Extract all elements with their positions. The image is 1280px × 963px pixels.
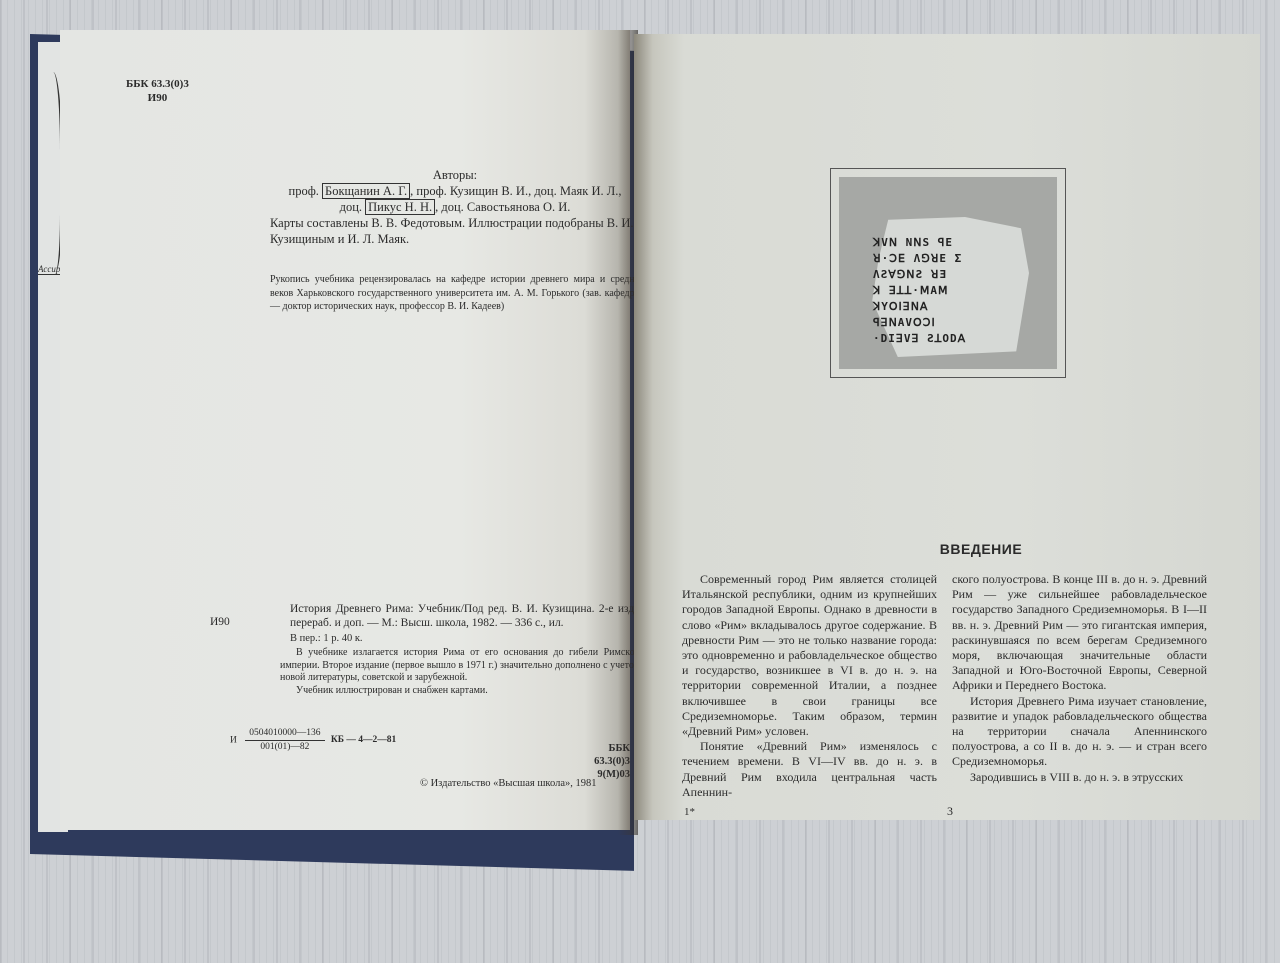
glyph-line: ꓘ ꓱꓕꓕ·ꓟAꓟ (873, 283, 1023, 299)
title-doc: доц. (340, 200, 362, 214)
price: В пер.: 1 р. 40 к. (290, 633, 363, 644)
paragraph: Понятие «Древний Рим» изменялось с течен… (682, 739, 937, 800)
left-page-imprint: ББК 63.3(0)3 И90 Авторы: проф. Бокщанин … (60, 30, 630, 830)
author-boxed-2: Пикус Н. Н. (365, 199, 435, 215)
authors-line-2: доц. Пикус Н. Н., доц. Савостьянова О. И… (270, 199, 640, 215)
right-page-introduction: ꓘVꓠ NꓠS ꟼE ꓤ·ꓛꓰ ΛꓨꓤE Ʃ ΛƧꓯꓨꓠƧ ꓤƎ ꓘ ꓱꓕꓕ·ꓟ… (634, 34, 1260, 820)
glyph-line: ꓘYꓳꓲꓱꓠꓮ (873, 299, 1023, 315)
authors-line-2-rest: , доц. Савостьянова О. И. (435, 200, 570, 214)
kb-code: КБ — 4—2—81 (331, 734, 396, 747)
catalog-code: И90 (210, 616, 230, 628)
index-fraction: 0504010000—136 001(01)—82 (245, 727, 324, 754)
bbk-classification: ББК 63.3(0)3 И90 (126, 77, 189, 105)
index-numerator: 0504010000—136 (245, 727, 324, 741)
bibliographic-entry: История Древнего Рима: Учебник/Под ред. … (290, 602, 640, 630)
inscription-photo: ꓘVꓠ NꓠS ꟼE ꓤ·ꓛꓰ ΛꓨꓤE Ʃ ΛƧꓯꓨꓠƧ ꓤƎ ꓘ ꓱꓕꓕ·ꓟ… (839, 177, 1057, 369)
maps-credit: Карты составлены В. В. Федотовым. Иллюст… (270, 215, 640, 247)
index-prefix: И (230, 736, 237, 746)
inscription-glyphs: ꓘVꓠ NꓠS ꟼE ꓤ·ꓛꓰ ΛꓨꓤE Ʃ ΛƧꓯꓨꓠƧ ꓤƎ ꓘ ꓱꓕꓕ·ꓟ… (873, 235, 1023, 347)
authors-block: Авторы: проф. Бокщанин А. Г., проф. Кузи… (270, 167, 640, 215)
glyph-line: ꓤ·ꓛꓰ ΛꓨꓤE Ʃ (873, 251, 1023, 267)
author-sign: И90 (126, 91, 189, 105)
publication-index: И 0504010000—136 001(01)—82 КБ — 4—2—81 (230, 727, 396, 754)
page-number: 3 (947, 804, 953, 819)
text-column-right: ского полуострова. В конце III в. до н. … (952, 572, 1207, 785)
illustrated-note: Учебник иллюстрирован и снабжен картами. (280, 685, 640, 698)
glyph-line: ΛƧꓯꓨꓠƧ ꓤƎ (873, 267, 1023, 283)
review-note: Рукопись учебника рецензировалась на каф… (270, 273, 645, 314)
annotation: В учебнике излагается история Рима от ег… (280, 647, 640, 697)
paragraph: ского полуострова. В конце III в. до н. … (952, 572, 1207, 694)
glyph-line: ꓘVꓠ NꓠS ꟼE (873, 235, 1023, 251)
signature-mark: 1* (684, 806, 695, 818)
map-coastline (40, 72, 62, 272)
bbk-code: ББК 63.3(0)3 (126, 77, 189, 91)
paragraph: История Древнего Рима изучает становлени… (952, 694, 1207, 770)
glyph-line: ·DIꓱVꓱ ƧꓕODꓮ (873, 331, 1023, 347)
paragraph: Современный город Рим является столицей … (682, 572, 937, 739)
authors-line-1: проф. Бокщанин А. Г., проф. Кузищин В. И… (270, 183, 640, 199)
authors-line-1-rest: , проф. Кузищин В. И., доц. Маяк И. Л., (410, 184, 621, 198)
text-column-left: Современный город Рим является столицей … (682, 572, 937, 800)
glyph-line: ꟼꓱꓠAVꓳꓛꓲ (873, 315, 1023, 331)
index-denominator: 001(01)—82 (245, 741, 324, 754)
copyright: © Издательство «Высшая школа», 1981 (420, 778, 597, 789)
title-prof: проф. (289, 184, 319, 198)
inscription-figure: ꓘVꓠ NꓠS ꟼE ꓤ·ꓛꓰ ΛꓨꓤE Ʃ ΛƧꓯꓨꓠƧ ꓤƎ ꓘ ꓱꓕꓕ·ꓟ… (830, 168, 1066, 378)
section-title: ВВЕДЕНИЕ (906, 541, 1056, 557)
author-boxed-1: Бокщанин А. Г. (322, 183, 410, 199)
authors-heading: Авторы: (270, 167, 640, 183)
annotation-text: В учебнике излагается история Рима от ег… (280, 647, 640, 685)
paragraph: Зародившись в VIII в. до н. э. в этрусск… (952, 770, 1207, 785)
